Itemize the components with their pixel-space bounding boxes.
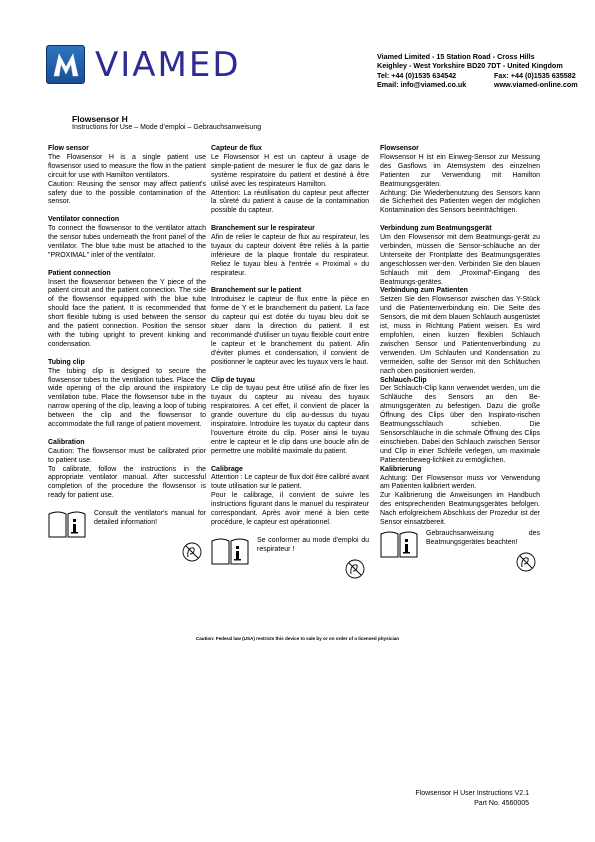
german-column: Flowsensor Flowsensor H ist ein Einweg-S… xyxy=(380,145,540,572)
footer-doc-title: Flowsensor H User Instructions V2.1 xyxy=(415,789,529,799)
section-body: Pour le calibrage, il convient de suivre… xyxy=(211,492,369,528)
section-heading: Schlauch-Clip xyxy=(380,377,540,386)
section-body: Flowsensor H ist ein Einweg-Sensor zur M… xyxy=(380,154,540,190)
section-heading: Ventilator connection xyxy=(48,216,206,225)
address-line-1: Viamed Limited - 15 Station Road - Cross… xyxy=(377,52,535,61)
section-body: Insert the flowsensor between the Y piec… xyxy=(48,279,206,350)
federal-law-caution: Caution: Federal law (USA) restricts thi… xyxy=(0,636,595,641)
document-footer: Flowsensor H User Instructions V2.1 Part… xyxy=(415,789,529,808)
section-heading: Calibration xyxy=(48,439,206,448)
document-subtitle: Instructions for Use – Mode d’emploi – G… xyxy=(72,124,261,131)
section-body: The tubing clip is designed to secure th… xyxy=(48,368,206,430)
section-heading: Verbindung zum Beatmungsgerät xyxy=(380,225,540,234)
consult-note-text: Gebrauchsanweisung des Beatmungsgerätes … xyxy=(426,530,540,548)
section-heading: Kalibrierung xyxy=(380,466,540,475)
section-caution: Achtung: Die Wiederbenutzung des Sensors… xyxy=(380,190,540,217)
document-title: Flowsensor H xyxy=(72,114,128,124)
section-body: The Flowsensor H is a single patient use… xyxy=(48,154,206,181)
section-heading: Clip de tuyau xyxy=(211,377,369,386)
website: www.viamed-online.com xyxy=(494,80,578,89)
section-heading: Patient connection xyxy=(48,270,206,279)
section-caution: Attention: La réutilisation du capteur p… xyxy=(211,190,369,217)
section-heading: Flow sensor xyxy=(48,145,206,154)
section-heading: Branchement sur le respirateur xyxy=(211,225,369,234)
section-body: Afin de relier le capteur de flux au res… xyxy=(211,234,369,279)
section-body: Le Flowsensor H est un capteur à usage d… xyxy=(211,154,369,190)
section-body: Setzen Sie den Flowsensor zwischen das Y… xyxy=(380,296,540,376)
do-not-reuse-icon xyxy=(345,559,365,579)
section-caution: Achtung: Der Flowsensor muss vor Verwend… xyxy=(380,475,540,493)
logo-m-icon xyxy=(46,45,85,84)
email: Email: info@viamed.co.uk xyxy=(377,80,494,89)
do-not-reuse-icon xyxy=(516,552,536,572)
section-body: Zur Kalibrierung die Anweisungen im Hand… xyxy=(380,492,540,528)
consult-manual-note: Consult the ventilator's manual for deta… xyxy=(48,510,206,538)
english-column: Flow sensor The Flowsensor H is a single… xyxy=(48,145,206,562)
address-line-2: Keighley - West Yorkshire BD20 7DT - Uni… xyxy=(377,61,563,70)
section-caution: Caution: Reusing the sensor may affect p… xyxy=(48,181,206,208)
section-heading: Verbindung zum Patienten xyxy=(380,287,540,296)
telephone: Tel: +44 (0)1535 634542 xyxy=(377,71,494,80)
french-column: Capteur de flux Le Flowsensor H est un c… xyxy=(211,145,369,579)
section-heading: Branchement sur le patient xyxy=(211,287,369,296)
do-not-reuse-icon xyxy=(182,542,202,562)
section-body: Introduisez le capteur de flux entre la … xyxy=(211,296,369,367)
company-address: Viamed Limited - 15 Station Road - Cross… xyxy=(377,52,578,89)
section-body: To connect the flowsensor to the ventila… xyxy=(48,225,206,261)
fax: Fax: +44 (0)1535 635582 xyxy=(494,71,576,80)
consult-manual-icon xyxy=(211,537,249,565)
section-body: Um den Flowsensor mit dem Beatmungs-gerä… xyxy=(380,234,540,287)
consult-manual-icon xyxy=(380,530,418,558)
section-body: To calibrate, follow the instructions in… xyxy=(48,466,206,502)
section-heading: Flowsensor xyxy=(380,145,540,154)
consult-note-text: Se conformer au mode d'emploi du respira… xyxy=(257,537,369,555)
footer-part-number: Part No. 4560005 xyxy=(415,799,529,809)
brand-wordmark: VIAMED xyxy=(95,48,241,82)
section-caution: Attention : Le capteur de flux doit être… xyxy=(211,474,369,492)
viamed-logo: VIAMED xyxy=(46,45,241,84)
section-body: Le clip de tuyau peut être utilisé afin … xyxy=(211,385,369,456)
section-body: Der Schlauch-Clip kann verwendet werden,… xyxy=(380,385,540,465)
section-heading: Capteur de flux xyxy=(211,145,369,154)
section-heading: Calibrage xyxy=(211,466,369,475)
section-heading: Tubing clip xyxy=(48,359,206,368)
consult-note-text: Consult the ventilator's manual for deta… xyxy=(94,510,206,528)
consult-manual-icon xyxy=(48,510,86,538)
section-caution: Caution: The flowsensor must be calibrat… xyxy=(48,448,206,466)
